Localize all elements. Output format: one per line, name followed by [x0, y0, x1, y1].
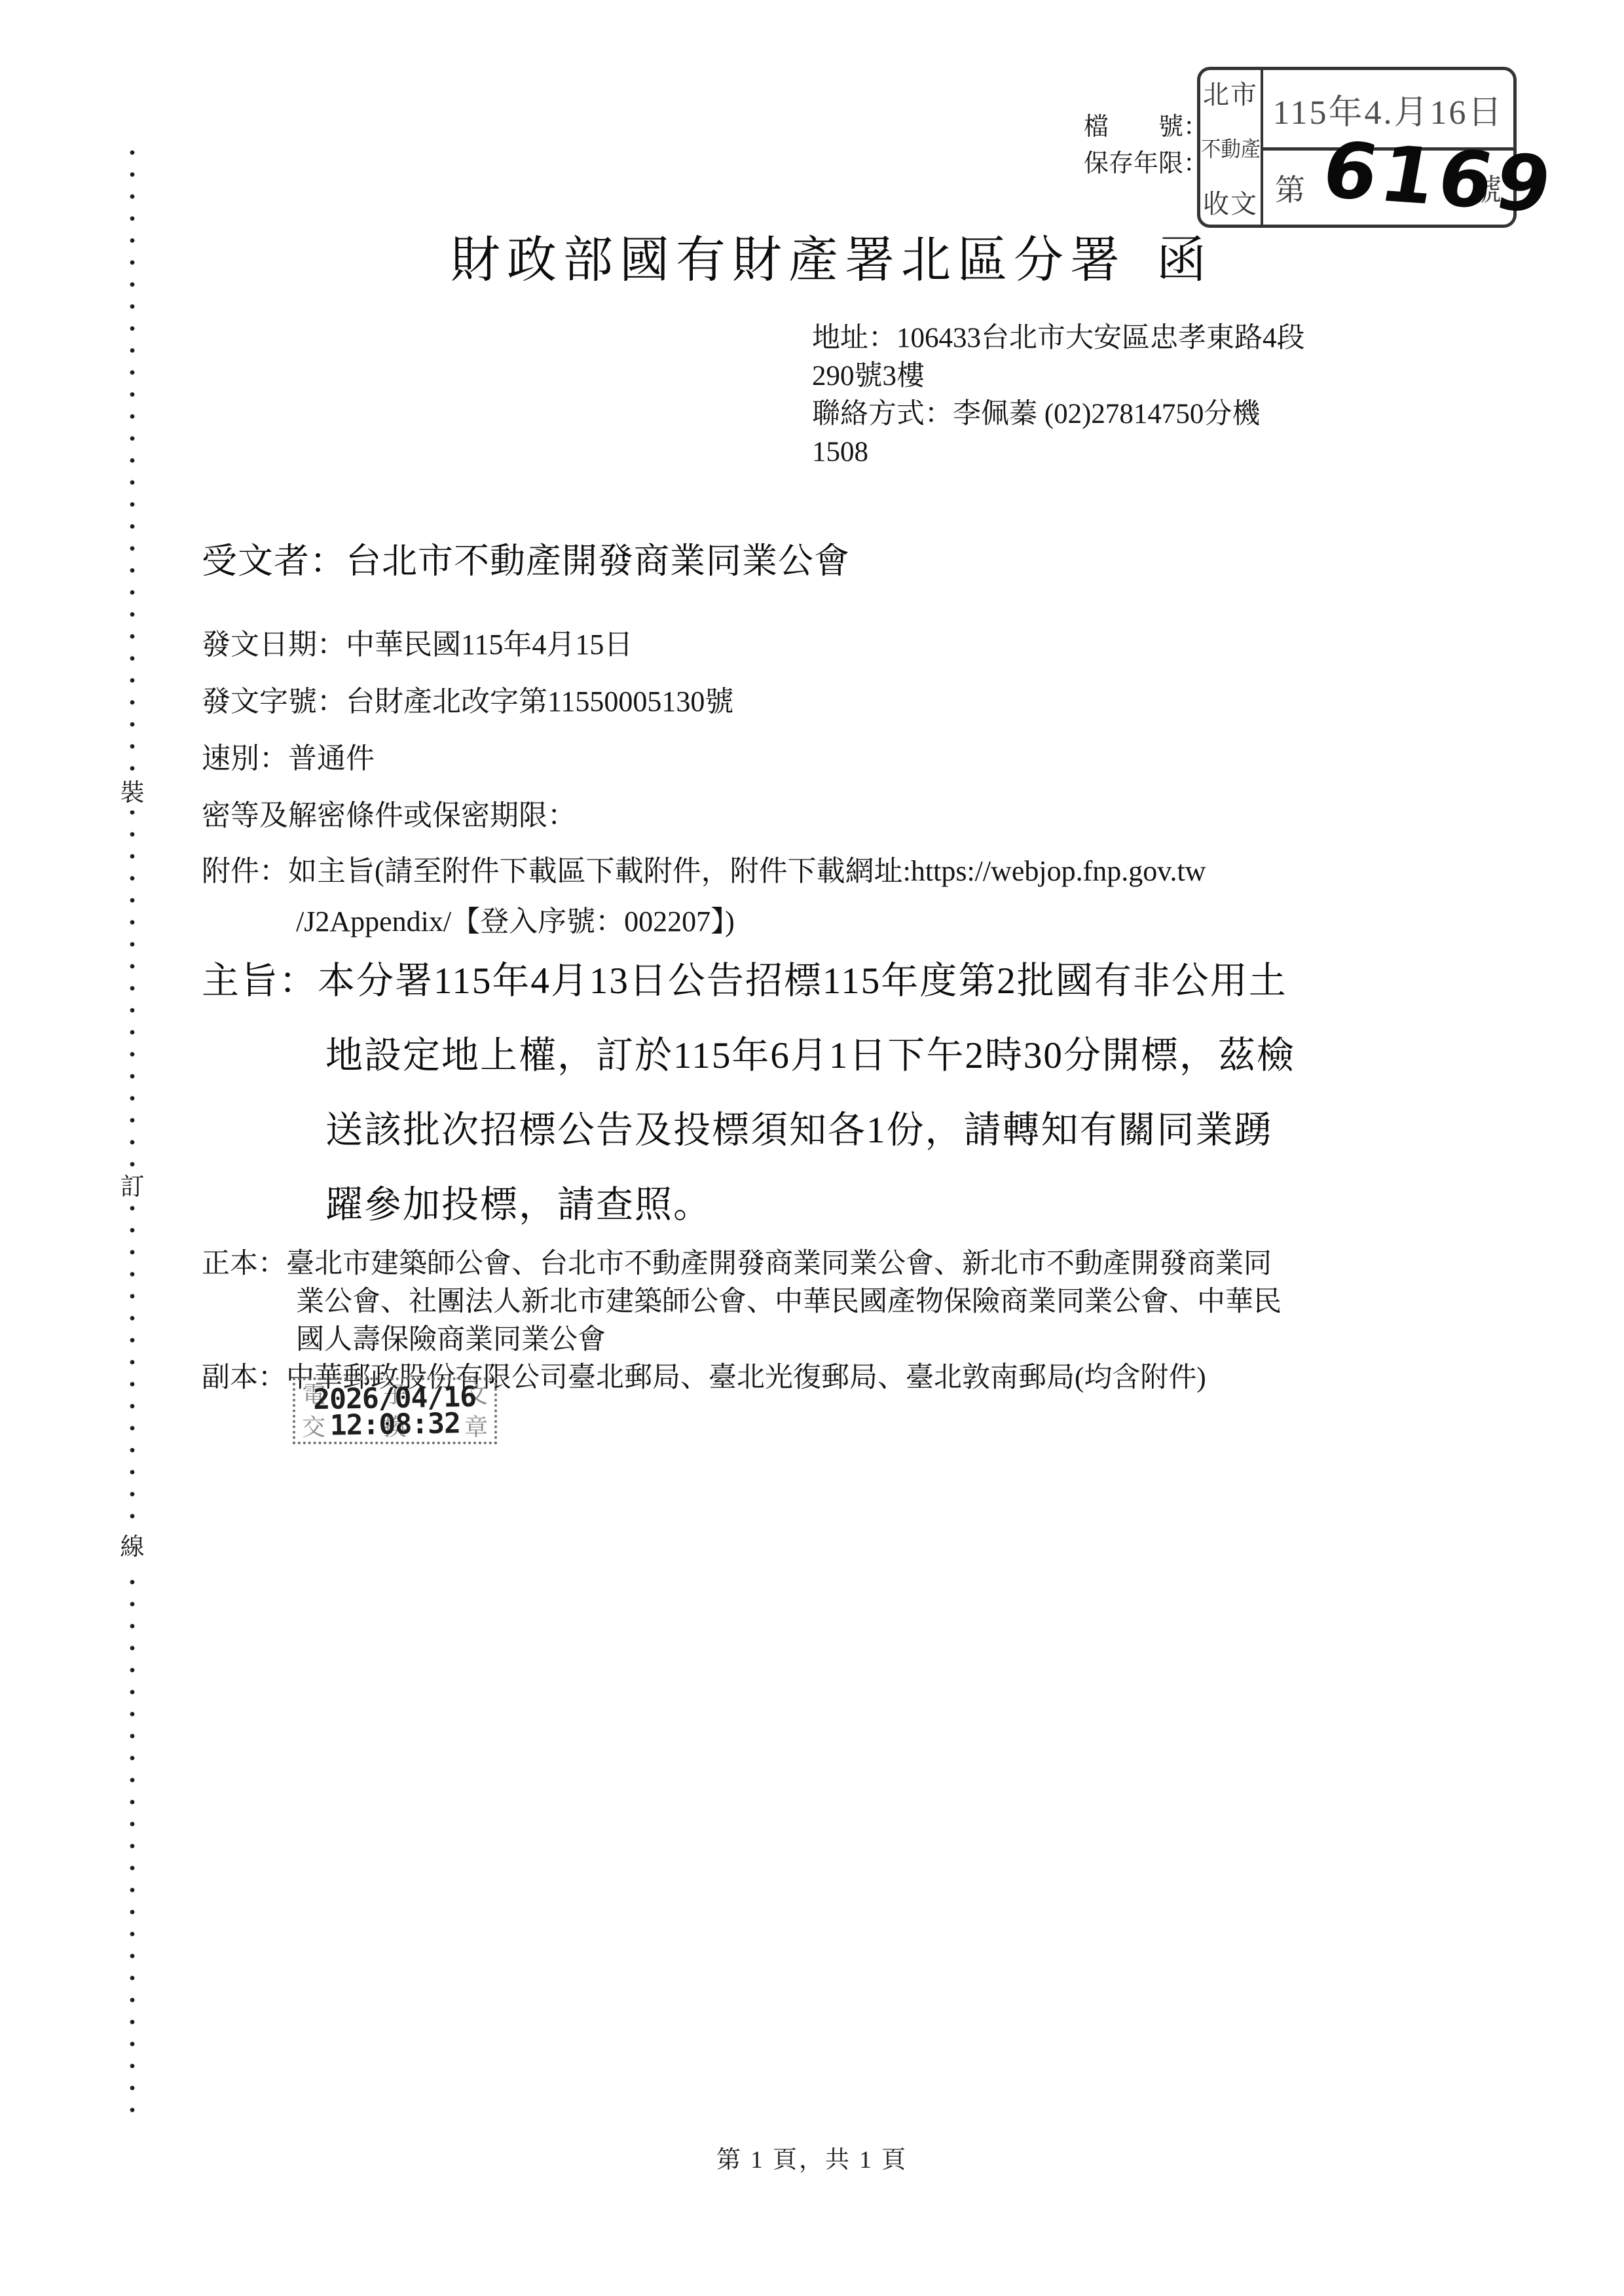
document-type: 函 — [1156, 233, 1206, 288]
receipt-stamp-org-mid: 不動產 — [1200, 132, 1260, 163]
retention-label: 保存年限： — [1084, 150, 1208, 177]
receipt-stamp-number-row: 第 6169 號 — [1263, 151, 1513, 225]
recipient-line: 受文者：台北市不動產開發商業同業公會 — [202, 533, 850, 583]
original-recipients-line-1: 正本：臺北市建築師公會、台北市不動產開發商業同業公會、新北市不動產開發商業同 — [202, 1241, 1272, 1281]
scanned-official-letter: 裝 訂 線 檔 號：保存年限： 北市 不動產 收文 115年4.月16日 第 6… — [0, 0, 1624, 2296]
binding-mark-zhuang: 裝 — [117, 776, 148, 811]
receipt-stamp-org-bottom: 收文 — [1203, 183, 1258, 221]
sender-address-line1: 地址：106433台北市大安區忠孝東路4段 — [812, 323, 1305, 354]
archive-labels: 檔 號：保存年限： — [1084, 109, 1208, 182]
receipt-stamp-org-top: 北市 — [1203, 74, 1258, 111]
subject-line-1: 主旨：本分署115年4月13日公告招標115年度第2批國有非公用土 — [202, 951, 1287, 1004]
attachment-line-2: /J2Appendix/【登入序號：002207】) — [296, 898, 735, 939]
binding-mark-ding: 訂 — [117, 1171, 148, 1205]
sender-contact-block: 地址：106433台北市大安區忠孝東路4段290號3樓聯絡方式：李佩蓁 (02)… — [812, 319, 1305, 471]
file-number-label: 檔 號： — [1084, 113, 1208, 141]
receipt-number-handwritten: 6169 — [1317, 132, 1560, 224]
document-title-row: 財政部國有財產署北區分署函 — [451, 220, 1206, 291]
receipt-number-prefix: 第 — [1275, 166, 1305, 210]
issuing-agency-title: 財政部國有財產署北區分署 — [451, 233, 1126, 288]
security-class-line: 密等及解密條件或保密期限： — [202, 792, 576, 833]
page-number-footer: 第 1 頁，共 1 頁 — [716, 2140, 908, 2175]
speed-class-line: 速別：普通件 — [202, 735, 375, 776]
doc-number-line: 發文字號：台財產北改字第11550005130號 — [202, 678, 733, 720]
original-recipients-line-3: 國人壽保險商業同業公會 — [296, 1317, 606, 1357]
receipt-stamp-org-column: 北市 不動產 收文 — [1200, 70, 1263, 225]
sender-extension-line: 1508 — [812, 437, 868, 467]
subject-line-4: 躍參加投標，請查照。 — [325, 1175, 712, 1228]
subject-line-2: 地設定地上權，訂於115年6月1日下午2時30分開標，茲檢 — [325, 1025, 1295, 1079]
original-recipients-line-2: 業公會、社團法人新北市建築師公會、中華民國產物保險商業同業公會、中華民 — [296, 1279, 1282, 1319]
issue-date-line: 發文日期：中華民國115年4月15日 — [202, 621, 633, 663]
sender-contact-line: 聯絡方式：李佩蓁 (02)27814750分機 — [812, 399, 1260, 429]
sender-address-line2: 290號3樓 — [812, 361, 925, 392]
receipt-stamp: 北市 不動產 收文 115年4.月16日 第 6169 號 — [1197, 67, 1517, 228]
electronic-exchange-stamp: 電子文 交換章 2026/04/1612:08:32 — [293, 1377, 497, 1444]
exchange-stamp-time: 12:08:32 — [329, 1407, 460, 1442]
receipt-stamp-right: 115年4.月16日 第 6169 號 — [1263, 70, 1513, 225]
attachment-line-1: 附件：如主旨(請至附件下載區下載附件，附件下載網址:https://webjop… — [202, 847, 1206, 889]
subject-line-3: 送該批次招標公告及投標須知各1份，請轉知有關同業踴 — [325, 1100, 1273, 1154]
exchange-stamp-datetime: 2026/04/1612:08:32 — [295, 1383, 494, 1439]
binding-dotted-line — [129, 149, 136, 2130]
binding-mark-xian: 線 — [117, 1531, 148, 1565]
